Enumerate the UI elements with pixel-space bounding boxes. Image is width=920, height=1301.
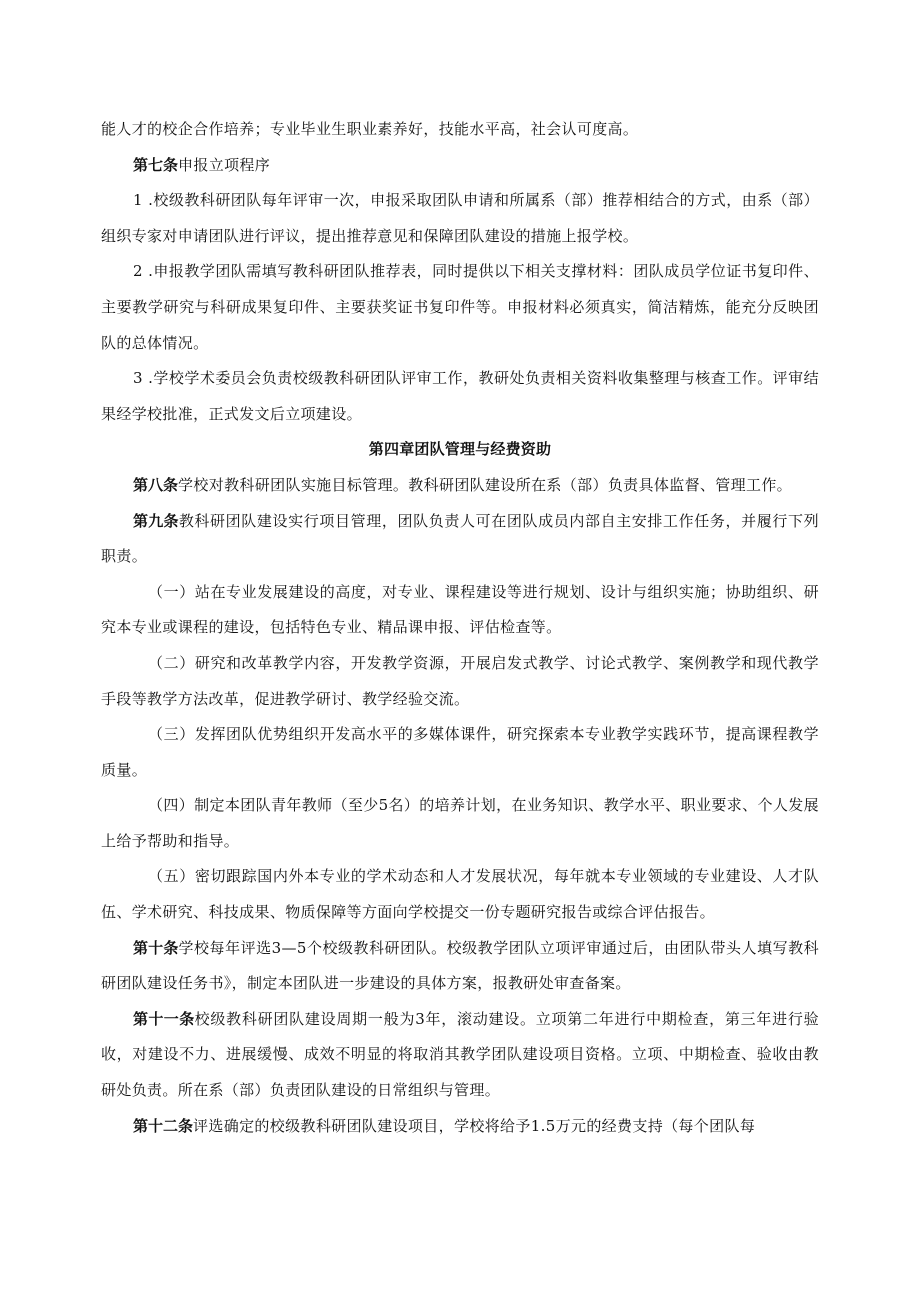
duty-item-5: （五）密切跟踪国内外本专业的学术动态和人才发展状况，每年就本专业领域的专业建设、…: [101, 859, 819, 930]
article-7-item-1: 1 .校级教科研团队每年评审一次，申报采取团队申请和所属系（部）推荐相结合的方式…: [101, 183, 819, 254]
article-title: 申报立项程序: [178, 156, 270, 174]
paragraph-continuation: 能人才的校企合作培养；专业毕业生职业素养好，技能水平高，社会认可度高。: [101, 112, 819, 148]
article-label: 第十条: [133, 939, 179, 957]
article-text: 学校每年评选3—5个校级教科研团队。校级教学团队立项评审通过后，由团队带头人填写…: [101, 939, 819, 993]
article-label: 第七条: [133, 156, 178, 174]
article-text: 学校对教科研团队实施目标管理。教科研团队建设所在系（部）负责具体监督、管理工作。: [178, 476, 792, 494]
article-label: 第十一条: [133, 1010, 195, 1028]
article-12: 第十二条评选确定的校级教科研团队建设项目，学校将给予1.5万元的经费支持（每个团…: [101, 1109, 819, 1145]
article-label: 第十二条: [133, 1117, 193, 1135]
document-page: 能人才的校企合作培养；专业毕业生职业素养好，技能水平高，社会认可度高。 第七条申…: [101, 112, 819, 1144]
article-text: 教科研团队建设实行项目管理，团队负责人可在团队成员内部自主安排工作任务，并履行下…: [101, 512, 819, 566]
duty-item-3: （三）发挥团队优势组织开发高水平的多媒体课件，研究探索本专业教学实践环节，提高课…: [101, 717, 819, 788]
duty-item-4: （四）制定本团队青年教师（至少5名）的培养计划，在业务知识、教学水平、职业要求、…: [101, 788, 819, 859]
duty-item-1: （一）站在专业发展建设的高度，对专业、课程建设等进行规划、设计与组织实施；协助组…: [101, 575, 819, 646]
article-label: 第九条: [133, 512, 179, 530]
article-text: 校级教科研团队建设周期一般为3年，滚动建设。立项第二年进行中期检查，第三年进行验…: [101, 1010, 819, 1099]
article-10: 第十条学校每年评选3—5个校级教科研团队。校级教学团队立项评审通过后，由团队带头…: [101, 931, 819, 1002]
chapter-heading: 第四章团队管理与经费资助: [101, 432, 819, 468]
article-label: 第八条: [133, 476, 178, 494]
duty-item-2: （二）研究和改革教学内容，开发教学资源，开展启发式教学、讨论式教学、案例教学和现…: [101, 646, 819, 717]
article-8: 第八条学校对教科研团队实施目标管理。教科研团队建设所在系（部）负责具体监督、管理…: [101, 468, 819, 504]
article-7-heading: 第七条申报立项程序: [101, 148, 819, 184]
article-7-item-3: 3 .学校学术委员会负责校级教科研团队评审工作，教研处负责相关资料收集整理与核查…: [101, 361, 819, 432]
article-9: 第九条教科研团队建设实行项目管理，团队负责人可在团队成员内部自主安排工作任务，并…: [101, 504, 819, 575]
article-11: 第十一条校级教科研团队建设周期一般为3年，滚动建设。立项第二年进行中期检查，第三…: [101, 1002, 819, 1109]
article-7-item-2: 2 .申报教学团队需填写教科研团队推荐表，同时提供以下相关支撑材料：团队成员学位…: [101, 254, 819, 361]
article-text: 评选确定的校级教科研团队建设项目，学校将给予1.5万元的经费支持（每个团队每: [193, 1117, 755, 1135]
